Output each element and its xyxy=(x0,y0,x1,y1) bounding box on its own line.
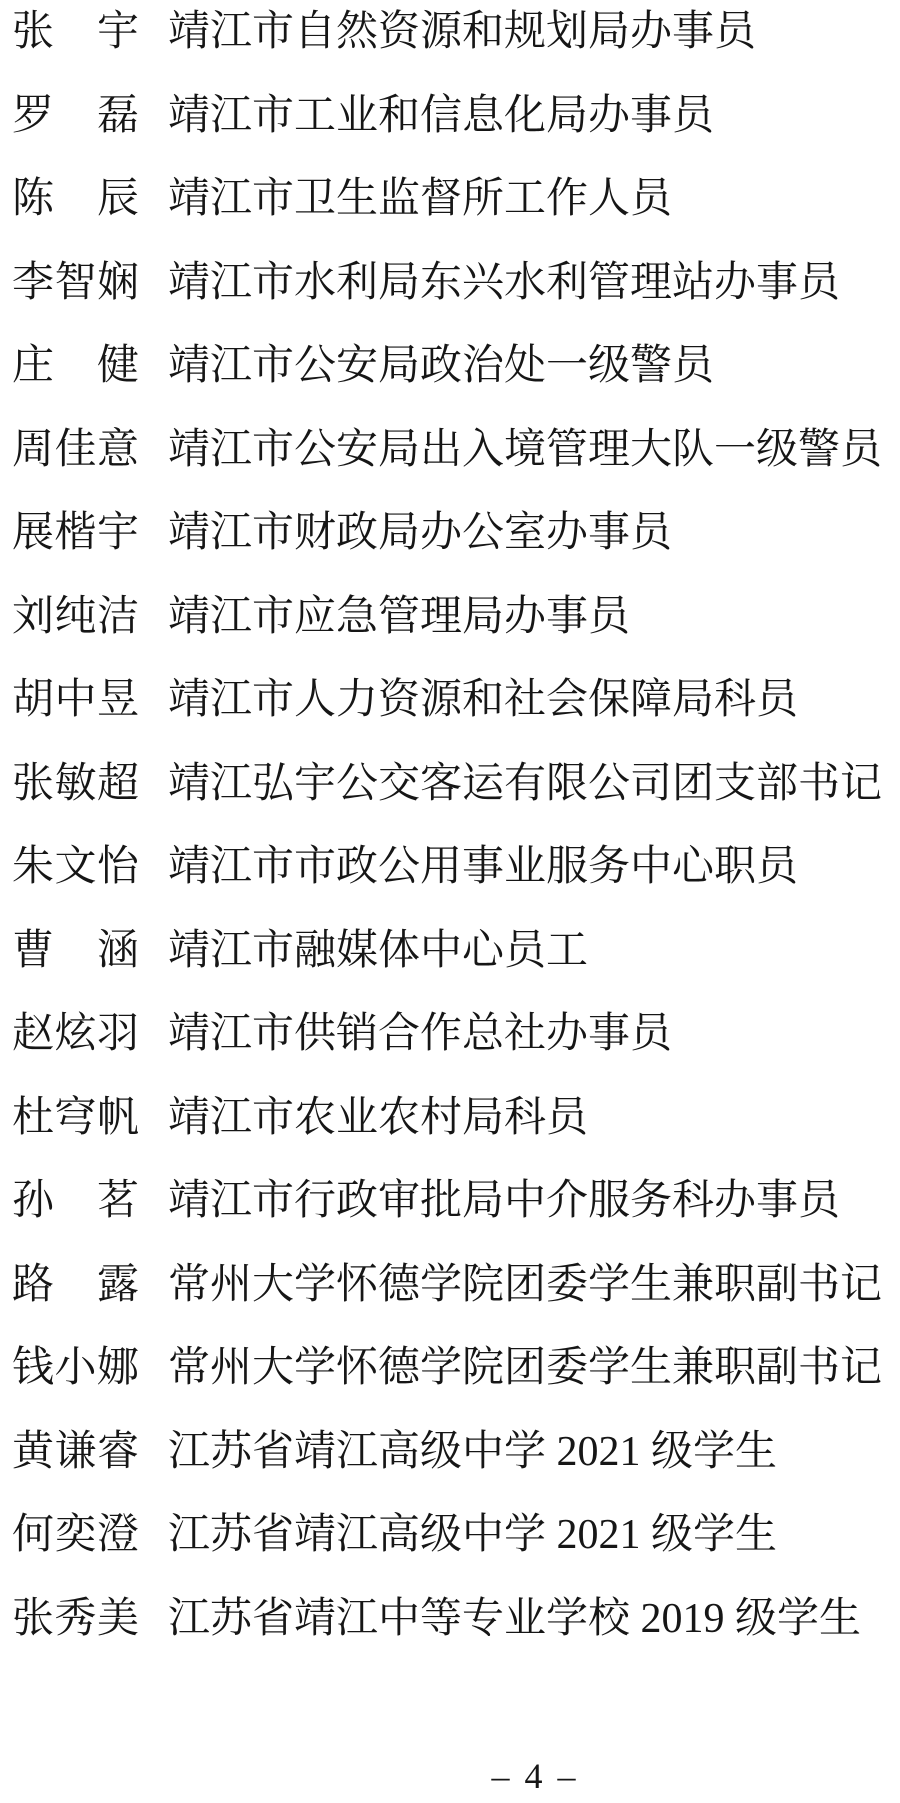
person-name: 张秀美 xyxy=(12,1597,140,1641)
list-item: 孙 茗 靖江市行政审批局中介服务科办事员 xyxy=(0,1179,900,1263)
list-item: 曹 涵 靖江市融媒体中心员工 xyxy=(0,929,900,1013)
person-title: 靖江市卫生监督所工作人员 xyxy=(168,177,672,221)
person-title: 靖江市市政公用事业服务中心职员 xyxy=(168,845,798,889)
person-name: 展楷宇 xyxy=(12,511,140,555)
person-name: 孙 茗 xyxy=(12,1179,140,1223)
person-title: 靖江弘宇公交客运有限公司团支部书记 xyxy=(168,762,882,806)
list-item: 何奕澄 江苏省靖江高级中学 2021 级学生 xyxy=(0,1513,900,1597)
person-name: 路 露 xyxy=(12,1263,140,1307)
person-title: 常州大学怀德学院团委学生兼职副书记 xyxy=(168,1263,882,1307)
person-title: 靖江市行政审批局中介服务科办事员 xyxy=(168,1179,840,1223)
list-item: 杜穹帆 靖江市农业农村局科员 xyxy=(0,1096,900,1180)
person-name: 张 宇 xyxy=(12,10,140,54)
person-title: 靖江市融媒体中心员工 xyxy=(168,929,588,973)
list-item: 赵炫羽 靖江市供销合作总社办事员 xyxy=(0,1012,900,1096)
person-name: 杜穹帆 xyxy=(12,1096,140,1140)
person-name: 黄谦睿 xyxy=(12,1430,140,1474)
person-name: 赵炫羽 xyxy=(12,1012,140,1056)
person-title: 靖江市工业和信息化局办事员 xyxy=(168,94,714,138)
list-item: 张秀美 江苏省靖江中等专业学校 2019 级学生 xyxy=(0,1597,900,1681)
person-name: 曹 涵 xyxy=(12,929,140,973)
document-page: 张 宇 靖江市自然资源和规划局办事员 罗 磊 靖江市工业和信息化局办事员 陈 辰… xyxy=(0,0,900,1803)
list-item: 胡中昱 靖江市人力资源和社会保障局科员 xyxy=(0,678,900,762)
person-name: 庄 健 xyxy=(12,344,140,388)
person-title: 靖江市供销合作总社办事员 xyxy=(168,1012,672,1056)
list-item: 朱文怡 靖江市市政公用事业服务中心职员 xyxy=(0,845,900,929)
list-item: 刘纯洁 靖江市应急管理局办事员 xyxy=(0,595,900,679)
person-title: 靖江市财政局办公室办事员 xyxy=(168,511,672,555)
awardee-list: 张 宇 靖江市自然资源和规划局办事员 罗 磊 靖江市工业和信息化局办事员 陈 辰… xyxy=(0,0,900,1680)
person-title: 江苏省靖江中等专业学校 2019 级学生 xyxy=(168,1597,861,1641)
person-title: 靖江市人力资源和社会保障局科员 xyxy=(168,678,798,722)
person-title: 靖江市公安局政治处一级警员 xyxy=(168,344,714,388)
person-name: 刘纯洁 xyxy=(12,595,140,639)
list-item: 陈 辰 靖江市卫生监督所工作人员 xyxy=(0,177,900,261)
person-title: 靖江市应急管理局办事员 xyxy=(168,595,630,639)
person-name: 朱文怡 xyxy=(12,845,140,889)
person-name: 罗 磊 xyxy=(12,94,140,138)
list-item: 张敏超 靖江弘宇公交客运有限公司团支部书记 xyxy=(0,762,900,846)
list-item: 李智娴 靖江市水利局东兴水利管理站办事员 xyxy=(0,261,900,345)
person-title: 常州大学怀德学院团委学生兼职副书记 xyxy=(168,1346,882,1390)
list-item: 黄谦睿 江苏省靖江高级中学 2021 级学生 xyxy=(0,1430,900,1514)
person-title: 靖江市公安局出入境管理大队一级警员 xyxy=(168,428,882,472)
person-name: 李智娴 xyxy=(12,261,140,305)
person-title: 江苏省靖江高级中学 2021 级学生 xyxy=(168,1513,777,1557)
person-name: 陈 辰 xyxy=(12,177,140,221)
person-name: 张敏超 xyxy=(12,762,140,806)
list-item: 庄 健 靖江市公安局政治处一级警员 xyxy=(0,344,900,428)
list-item: 路 露 常州大学怀德学院团委学生兼职副书记 xyxy=(0,1263,900,1347)
page-number: – 4 – xyxy=(492,1754,579,1798)
person-name: 何奕澄 xyxy=(12,1513,140,1557)
person-title: 靖江市水利局东兴水利管理站办事员 xyxy=(168,261,840,305)
list-item: 周佳意 靖江市公安局出入境管理大队一级警员 xyxy=(0,428,900,512)
person-name: 钱小娜 xyxy=(12,1346,140,1390)
list-item: 展楷宇 靖江市财政局办公室办事员 xyxy=(0,511,900,595)
person-name: 胡中昱 xyxy=(12,678,140,722)
list-item: 钱小娜 常州大学怀德学院团委学生兼职副书记 xyxy=(0,1346,900,1430)
list-item: 张 宇 靖江市自然资源和规划局办事员 xyxy=(0,10,900,94)
person-title: 靖江市自然资源和规划局办事员 xyxy=(168,10,756,54)
list-item: 罗 磊 靖江市工业和信息化局办事员 xyxy=(0,94,900,178)
person-name: 周佳意 xyxy=(12,428,140,472)
person-title: 靖江市农业农村局科员 xyxy=(168,1096,588,1140)
person-title: 江苏省靖江高级中学 2021 级学生 xyxy=(168,1430,777,1474)
